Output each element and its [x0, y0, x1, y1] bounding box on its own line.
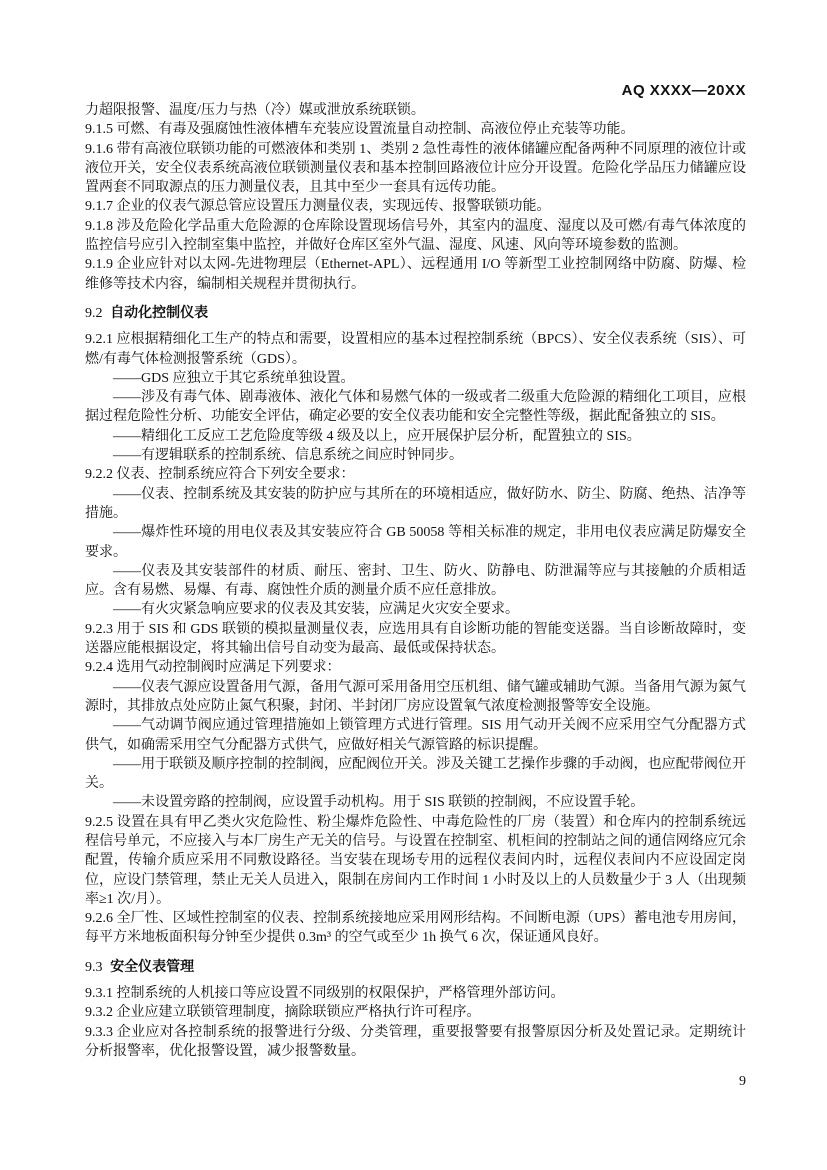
- section-title: 自动化控制仪表: [110, 304, 208, 320]
- clause-paragraph: 9.2.5 设置在具有甲乙类火灾危险性、粉尘爆炸危险性、中毒危险性的厂房（装置）…: [85, 813, 746, 909]
- clause-paragraph: 9.2.1 应根据精细化工生产的特点和需要，设置相应的基本过程控制系统（BPCS…: [85, 330, 746, 369]
- clause-list-item: ——未设置旁路的控制阀，应设置手动机构。用于 SIS 联锁的控制阀，不应设置手轮…: [85, 793, 746, 812]
- clause-paragraph: 9.2.4 选用气动控制阀时应满足下列要求：: [85, 658, 746, 677]
- section-number: 9.2: [85, 306, 103, 321]
- document-page: AQ XXXX—20XX 力超限报警、温度/压力与热（冷）媒或泄放系统联锁。9.…: [0, 0, 827, 1170]
- clause-list-item: ——有火灾紧急响应要求的仪表及其安装，应满足火灾安全要求。: [85, 600, 746, 619]
- section-heading: 9.3安全仪表管理: [85, 957, 746, 977]
- clause-paragraph: 9.2.6 全厂性、区域性控制室的仪表、控制系统接地应采用网形结构。不间断电源（…: [85, 909, 746, 948]
- clause-paragraph: 9.1.5 可燃、有毒及强腐蚀性液体槽车充装应设置流量自动控制、高液位停止充装等…: [85, 120, 746, 139]
- clause-list-item: ——仪表气源应设置备用气源，备用气源可采用备用空压机组、储气罐或辅助气源。当备用…: [85, 678, 746, 717]
- running-header: AQ XXXX—20XX: [85, 82, 746, 99]
- clause-list-item: ——有逻辑联系的控制系统、信息系统之间应时钟同步。: [85, 446, 746, 465]
- clause-list-item: ——仪表及其安装部件的材质、耐压、密封、卫生、防火、防静电、防泄漏等应与其接触的…: [85, 562, 746, 601]
- section-title: 安全仪表管理: [110, 958, 194, 974]
- clause-paragraph: 9.3.1 控制系统的人机接口等应设置不同级别的权限保护，严格管理外部访问。: [85, 984, 746, 1003]
- clause-paragraph: 力超限报警、温度/压力与热（冷）媒或泄放系统联锁。: [85, 101, 746, 120]
- clause-list-item: ——仪表、控制系统及其安装的防护应与其所在的环境相适应，做好防水、防尘、防腐、绝…: [85, 485, 746, 524]
- clause-list-item: ——涉及有毒气体、剧毒液体、液化气体和易燃气体的一级或者二级重大危险源的精细化工…: [85, 388, 746, 427]
- page-number: 9: [85, 1074, 746, 1090]
- clause-list-item: ——爆炸性环境的用电仪表及其安装应符合 GB 50058 等相关标准的规定，非用…: [85, 523, 746, 562]
- clause-paragraph: 9.1.9 企业应针对以太网-先进物理层（Ethernet-APL）、远程通用 …: [85, 255, 746, 294]
- clause-paragraph: 9.3.2 企业应建立联锁管理制度，摘除联锁应严格执行许可程序。: [85, 1003, 746, 1022]
- section-number: 9.3: [85, 960, 103, 975]
- section-heading: 9.2自动化控制仪表: [85, 303, 746, 323]
- clause-paragraph: 9.1.7 企业的仪表气源总管应设置压力测量仪表，实现远传、报警联锁功能。: [85, 197, 746, 216]
- clause-paragraph: 9.1.8 涉及危险化学品重大危险源的仓库除设置现场信号外，其室内的温度、湿度以…: [85, 217, 746, 256]
- clause-paragraph: 9.3.3 企业应对各控制系统的报警进行分级、分类管理，重要报警要有报警原因分析…: [85, 1023, 746, 1062]
- clause-list-item: ——用于联锁及顺序控制的控制阀，应配阀位开关。涉及关键工艺操作步骤的手动阀，也应…: [85, 755, 746, 794]
- clause-paragraph: 9.2.2 仪表、控制系统应符合下列安全要求：: [85, 465, 746, 484]
- clause-paragraph: 9.1.6 带有高液位联锁功能的可燃液体和类别 1、类别 2 急性毒性的液体储罐…: [85, 140, 746, 198]
- clause-list-item: ——气动调节阀应通过管理措施如上锁管理方式进行管理。SIS 用气动开关阀不应采用…: [85, 716, 746, 755]
- page-content: 力超限报警、温度/压力与热（冷）媒或泄放系统联锁。9.1.5 可燃、有毒及强腐蚀…: [85, 101, 746, 1061]
- clause-list-item: ——GDS 应独立于其它系统单独设置。: [85, 369, 746, 388]
- clause-paragraph: 9.2.3 用于 SIS 和 GDS 联锁的模拟量测量仪表，应选用具有自诊断功能…: [85, 620, 746, 659]
- clause-list-item: ——精细化工反应工艺危险度等级 4 级及以上，应开展保护层分析，配置独立的 SI…: [85, 427, 746, 446]
